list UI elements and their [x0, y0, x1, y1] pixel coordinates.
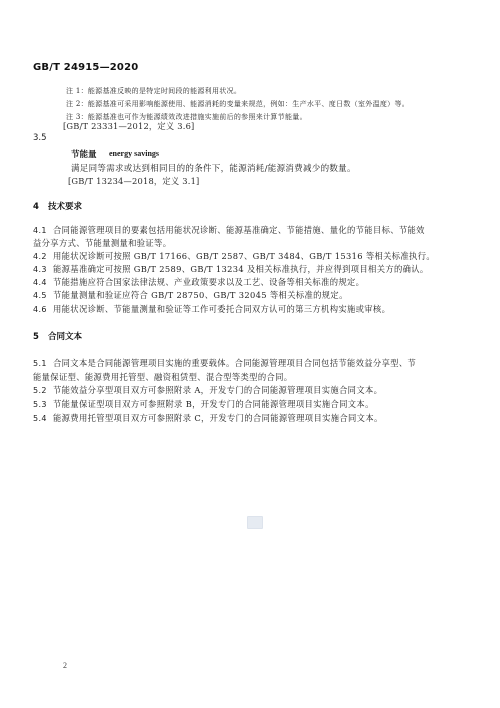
section-4-heading: 4技术要求	[33, 200, 82, 212]
section-5-title: 合同文本	[48, 332, 82, 342]
clause-4-2: 4.2用能状况诊断可按照 GB/T 17166、GB/T 2587、GB/T 3…	[33, 250, 435, 262]
clause-4-3: 4.3能源基准确定可按照 GB/T 2589、GB/T 13234 及相关标准执…	[33, 263, 429, 275]
clause-4-4: 4.4节能措施应符合国家法律法规、产业政策要求以及工艺、设备等相关标准的规定。	[33, 276, 364, 288]
clause-5-3: 5.3节能量保证型项目双方可参照附录 B，开发专门的合同能源管理项目实施合同文本…	[33, 398, 374, 410]
note-2: 注 2：能源基准可采用影响能源使用、能源消耗的变量来规范，例如：生产水平、度日数…	[66, 99, 409, 109]
document-page: GB/T 24915—2020 注 1：能源基准反映的是特定时间段的能源利用状况…	[0, 0, 500, 708]
section-5-heading: 5合同文本	[33, 330, 82, 342]
clause-5-4: 5.4能源费用托管型项目双方可参照附录 C，开发专门的合同能源管理项目实施合同文…	[33, 412, 383, 424]
term-3-5-chinese: 节能量	[71, 148, 97, 160]
clause-4-1-continued: 益分享方式、节能量测量和验证等。	[33, 237, 171, 249]
term-3-4-source: [GB/T 23331—2012，定义 3.6]	[63, 120, 195, 132]
standard-code-header: GB/T 24915—2020	[33, 62, 138, 73]
term-3-5-source: [GB/T 13234—2018，定义 3.1]	[68, 175, 200, 187]
term-3-5-definition: 满足同等需求或达到相同目的的条件下，能源消耗/能源消费减少的数量。	[71, 162, 356, 174]
section-4-title: 技术要求	[48, 202, 82, 212]
term-3-5-english: energy savings	[109, 149, 159, 158]
section-5-number: 5	[33, 332, 48, 342]
clause-5-1-continued: 能量保证型、能源费用托管型、融资租赁型、混合型等类型的合同。	[33, 371, 292, 383]
clause-4-6: 4.6用能状况诊断、节能量测量和验证等工作可委托合同双方认可的第三方机构实施或审…	[33, 303, 390, 315]
clause-4-5: 4.5节能量测量和验证应符合 GB/T 28750、GB/T 32045 等相关…	[33, 289, 348, 301]
clause-4-1: 4.1合同能源管理项目的要素包括用能状况诊断、能源基准确定、节能措施、量化的节能…	[33, 224, 425, 236]
page-number: 2	[63, 661, 67, 670]
clause-5-1: 5.1合同文本是合同能源管理项目实施的重要载体。合同能源管理项目合同包括节能效益…	[33, 357, 416, 369]
section-4-number: 4	[33, 202, 48, 212]
term-3-5-number: 3.5	[33, 133, 47, 143]
clause-5-2: 5.2节能效益分享型项目双方可参照附录 A，开发专门的合同能源管理项目实施合同文…	[33, 384, 382, 396]
note-1: 注 1：能源基准反映的是特定时间段的能源利用状况。	[66, 86, 241, 96]
watermark-icon	[247, 516, 263, 529]
